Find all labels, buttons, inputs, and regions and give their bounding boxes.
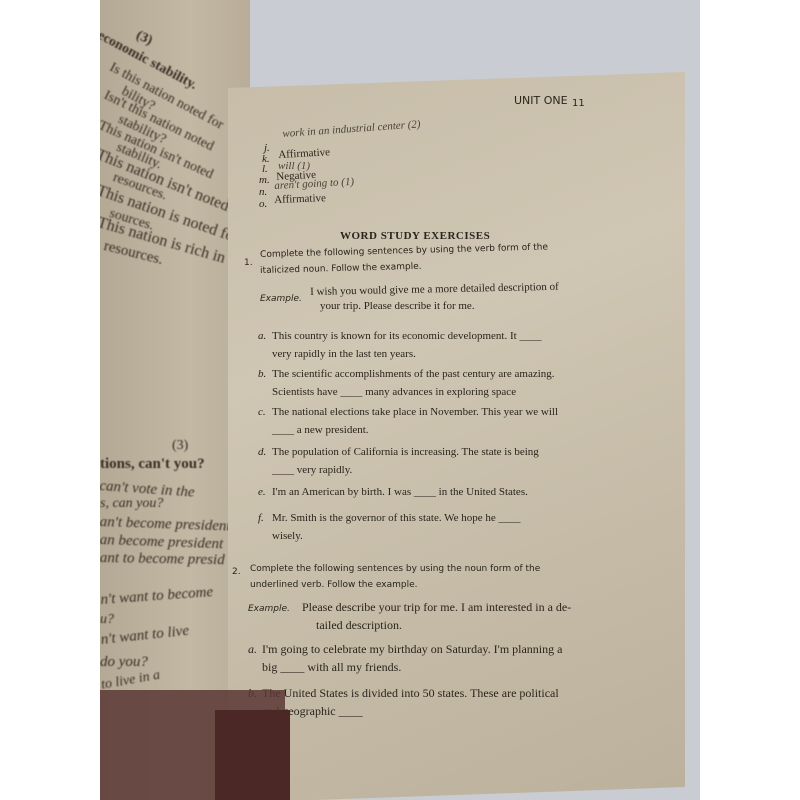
answer-letter: o. (259, 198, 267, 210)
item-line: The scientific accomplishments of the pa… (272, 368, 555, 380)
background-right (700, 0, 800, 800)
item-line: This country is known for its economic d… (272, 330, 541, 342)
exercise-2-number: 2. (232, 567, 241, 577)
item-letter: a. (248, 642, 257, 657)
item-letter: e. (258, 486, 266, 498)
answer-text: Affirmative (274, 192, 326, 206)
item-line: ____ a new president. (272, 424, 369, 436)
exercise-2-example: tailed description. (316, 618, 402, 633)
item-line: I'm going to celebrate my birthday on Sa… (262, 642, 562, 657)
background-left (0, 0, 100, 800)
page-number: 11 (572, 98, 585, 109)
item-line: The national elections take place in Nov… (272, 406, 558, 418)
shadow (215, 710, 290, 800)
exercise-1-number: 1. (244, 258, 253, 268)
answer-letter: n. (259, 186, 267, 198)
left-mid-heading: tions, can't you? (100, 456, 205, 473)
item-line: The United States is divided into 50 sta… (262, 686, 559, 701)
answer-letter: m. (259, 174, 270, 186)
item-line: The population of California is increasi… (272, 446, 539, 458)
item-letter: f. (258, 512, 264, 524)
unit-header: UNIT ONE (514, 94, 568, 107)
item-line: ____ very rapidly. (272, 464, 352, 476)
left-line: s, can you? (100, 496, 163, 512)
item-line: Mr. Smith is the governor of this state.… (272, 512, 521, 524)
left-line: n't want to become (100, 584, 214, 609)
left-line: do you? (100, 654, 148, 671)
item-line: I'm an American by birth. I was ____ in … (272, 486, 528, 498)
exercise-2-example: Please describe your trip for me. I am i… (302, 600, 571, 615)
exercise-2-example-label: Example. (248, 604, 290, 614)
exercise-2-instruction: Complete the following sentences by usin… (250, 564, 540, 574)
item-line: Scientists have ____ many advances in ex… (272, 386, 516, 398)
item-line: wisely. (272, 530, 303, 542)
exercise-1-example-label: Example. (260, 294, 302, 304)
item-letter: c. (258, 406, 266, 418)
item-line: very rapidly in the last ten years. (272, 348, 416, 360)
left-line: ant to become presid (100, 550, 225, 569)
exercise-2-instruction: underlined verb. Follow the example. (250, 580, 418, 590)
left-mid-number: (3) (172, 438, 188, 454)
item-letter: b. (258, 368, 266, 380)
section-title: WORD STUDY EXERCISES (340, 230, 490, 242)
item-letter: a. (258, 330, 266, 342)
exercise-1-example: your trip. Please describe it for me. (320, 300, 475, 312)
item-letter: d. (258, 446, 266, 458)
item-line: big ____ with all my friends. (262, 660, 401, 675)
left-line: u? (100, 612, 114, 628)
